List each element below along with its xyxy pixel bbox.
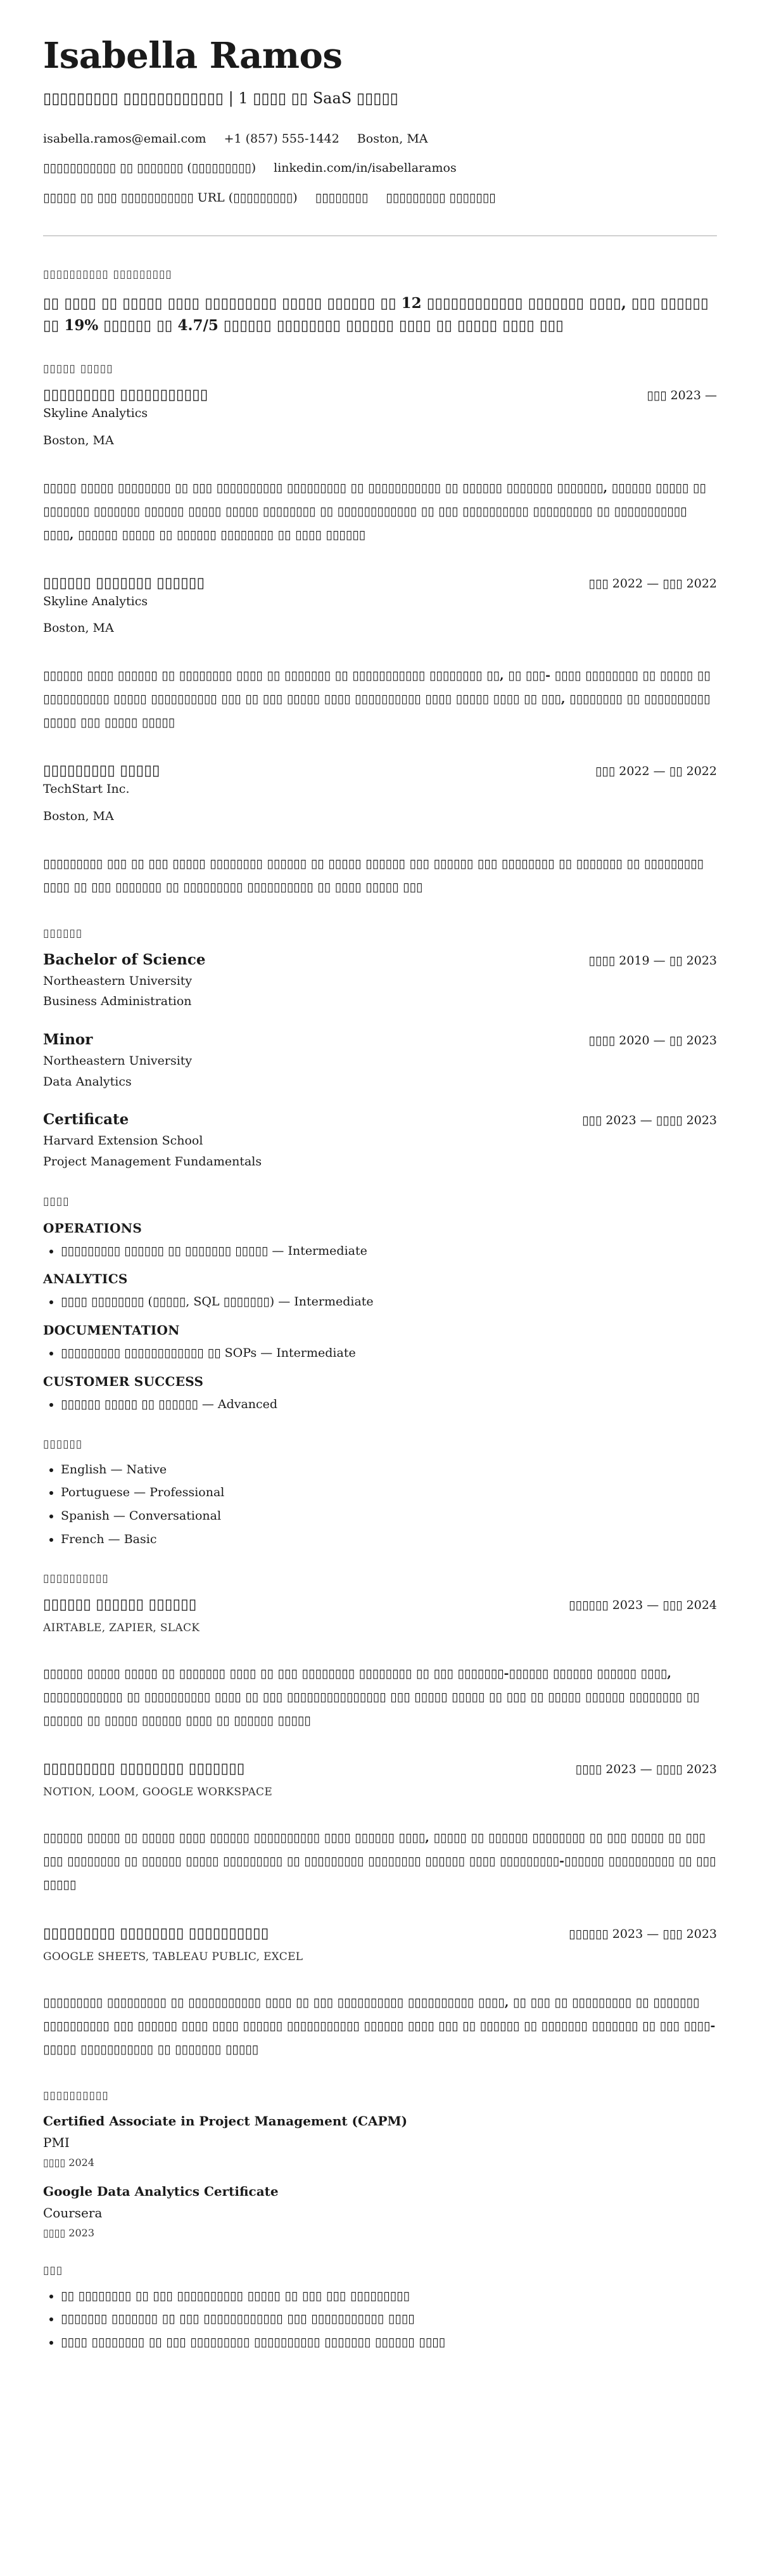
school-name: Northeastern University: [43, 973, 717, 989]
project-date: ▯▯▯▯ 2023 — ▯▯▯▯ 2023: [575, 1762, 717, 1776]
education-heading: ▯▯▯▯▯▯: [43, 927, 717, 940]
project-description: ▯▯▯▯▯▯▯▯▯ ▯▯▯▯▯▯▯▯▯ ▯▯ ▯▯▯▯▯▯▯▯▯▯▯ ▯▯▯▯ …: [43, 1991, 717, 2061]
certification-date: ▯▯▯▯ 2024: [43, 2156, 717, 2169]
contact-item: ▯▯▯▯▯▯▯▯▯▯▯ ▯▯ ▯▯▯▯▯▯▯ (▯▯▯▯▯▯▯▯▯): [43, 160, 256, 176]
project-description: ▯▯▯▯▯▯ ▯▯▯▯▯ ▯▯ ▯▯▯▯▯ ▯▯▯▯ ▯▯▯▯▯▯ ▯▯▯▯▯▯…: [43, 1826, 717, 1897]
project-date: ▯▯▯▯▯▯ 2023 — ▯▯▯ 2024: [569, 1598, 717, 1612]
skill-item: ▯▯▯▯▯▯▯▯▯ ▯▯▯▯▯▯▯▯▯▯▯▯ ▯▯ SOPs — Interme…: [61, 1345, 717, 1361]
job-company: Skyline Analytics: [43, 594, 717, 610]
skill-category: OPERATIONS: [43, 1221, 717, 1236]
projects-section: ▯▯▯▯▯▯▯▯▯▯ ▯▯▯▯▯▯ ▯▯▯▯▯▯ ▯▯▯▯▯▯ ▯▯▯▯▯▯ 2…: [43, 1572, 717, 2061]
experience-heading: ▯▯▯▯▯ ▯▯▯▯▯: [43, 362, 717, 375]
language-item: Portuguese — Professional: [61, 1485, 717, 1501]
certification-entry: Google Data Analytics Certificate Course…: [43, 2184, 717, 2239]
degree-title: Certificate: [43, 1111, 129, 1128]
language-item: Spanish — Conversational: [61, 1508, 717, 1524]
resume-header: Isabella Ramos ▯▯▯▯▯▯▯▯▯ ▯▯▯▯▯▯▯▯▯▯▯▯ | …: [43, 37, 717, 206]
certification-date: ▯▯▯▯ 2023: [43, 2227, 717, 2239]
degree-title: Bachelor of Science: [43, 951, 206, 968]
education-section: ▯▯▯▯▯▯ Bachelor of Science ▯▯▯▯ 2019 — ▯…: [43, 927, 717, 1170]
contact-line-2: ▯▯▯▯▯▯▯▯▯▯▯ ▯▯ ▯▯▯▯▯▯▯ (▯▯▯▯▯▯▯▯▯) linke…: [43, 160, 717, 176]
summary-text: ▯▯ ▯▯▯▯ ▯▯ ▯▯▯▯▯ ▯▯▯▯ ▯▯▯▯▯▯▯▯▯ ▯▯▯▯▯ ▯▯…: [43, 292, 717, 337]
certifications-heading: ▯▯▯▯▯▯▯▯▯▯: [43, 2089, 717, 2102]
project-title: ▯▯▯▯▯▯▯▯▯ ▯▯▯▯▯▯▯▯ ▯▯▯▯▯▯▯: [43, 1760, 244, 1777]
job-date: ▯▯▯ 2022 — ▯▯ 2022: [595, 764, 717, 778]
contact-item: ▯▯▯▯▯▯▯▯: [315, 190, 369, 206]
location-text: Boston, MA: [357, 131, 428, 147]
project-date: ▯▯▯▯▯▯ 2023 — ▯▯▯ 2023: [569, 1927, 717, 1941]
language-list: English — Native Portuguese — Profession…: [43, 1462, 717, 1548]
summary-heading: ▯▯▯▯▯▯▯▯▯▯ ▯▯▯▯▯▯▯▯▯: [43, 268, 717, 281]
skill-category: CUSTOMER SUCCESS: [43, 1374, 717, 1389]
certification-issuer: PMI: [43, 2135, 717, 2150]
education-date: ▯▯▯▯ 2019 — ▯▯ 2023: [588, 954, 717, 968]
experience-section: ▯▯▯▯▯ ▯▯▯▯▯ ▯▯▯▯▯▯▯▯▯ ▯▯▯▯▯▯▯▯▯▯▯ ▯▯▯ 20…: [43, 362, 717, 899]
skills-section: ▯▯▯▯ OPERATIONS ▯▯▯▯▯▯▯▯▯ ▯▯▯▯▯▯ ▯▯ ▯▯▯▯…: [43, 1195, 717, 1413]
project-tech: NOTION, LOOM, GOOGLE WORKSPACE: [43, 1786, 717, 1798]
school-name: Harvard Extension School: [43, 1133, 717, 1149]
project-entry: ▯▯▯▯▯▯ ▯▯▯▯▯▯ ▯▯▯▯▯▯ ▯▯▯▯▯▯ 2023 — ▯▯▯ 2…: [43, 1596, 717, 1733]
job-date: ▯▯▯ 2023 —: [647, 388, 717, 402]
project-description: ▯▯▯▯▯▯ ▯▯▯▯▯ ▯▯▯▯▯ ▯▯ ▯▯▯▯▯▯▯ ▯▯▯▯ ▯▯ ▯▯…: [43, 1662, 717, 1733]
field-of-study: Project Management Fundamentals: [43, 1154, 717, 1170]
field-of-study: Data Analytics: [43, 1074, 717, 1090]
job-location: Boston, MA: [43, 620, 717, 636]
interest-item: ▯▯▯▯▯▯▯ ▯▯▯▯▯▯▯ ▯▯ ▯▯▯ ▯▯▯▯▯▯▯▯▯▯▯▯ ▯▯▯ …: [61, 2311, 717, 2327]
headline: ▯▯▯▯▯▯▯▯▯ ▯▯▯▯▯▯▯▯▯▯▯▯ | 1 ▯▯▯▯ ▯▯ SaaS …: [43, 89, 717, 108]
language-item: French — Basic: [61, 1532, 717, 1548]
project-tech: AIRTABLE, ZAPIER, SLACK: [43, 1622, 717, 1634]
job-entry: ▯▯▯▯▯▯▯▯▯ ▯▯▯▯▯ ▯▯▯ 2022 — ▯▯ 2022 TechS…: [43, 762, 717, 899]
field-of-study: Business Administration: [43, 994, 717, 1009]
education-entry: Minor ▯▯▯▯ 2020 — ▯▯ 2023 Northeastern U…: [43, 1031, 717, 1089]
certifications-section: ▯▯▯▯▯▯▯▯▯▯ Certified Associate in Projec…: [43, 2089, 717, 2239]
education-date: ▯▯▯ 2023 — ▯▯▯▯ 2023: [582, 1113, 717, 1127]
certification-title: Certified Associate in Project Managemen…: [43, 2113, 717, 2129]
skill-list: ▯▯▯▯▯▯▯▯▯ ▯▯▯▯▯▯ ▯▯ ▯▯▯▯▯▯▯ ▯▯▯▯▯ — Inte…: [43, 1243, 717, 1259]
skill-list: ▯▯▯▯▯▯ ▯▯▯▯▯ ▯▯ ▯▯▯▯▯▯ — Advanced: [43, 1397, 717, 1413]
job-company: TechStart Inc.: [43, 781, 717, 797]
project-entry: ▯▯▯▯▯▯▯▯▯ ▯▯▯▯▯▯▯▯ ▯▯▯▯▯▯▯▯▯▯ ▯▯▯▯▯▯ 202…: [43, 1925, 717, 2061]
contact-line-3: ▯▯▯▯▯ ▯▯ ▯▯▯ ▯▯▯▯▯▯▯▯▯▯▯ URL (▯▯▯▯▯▯▯▯▯)…: [43, 190, 717, 206]
skill-item: ▯▯▯▯▯▯ ▯▯▯▯▯ ▯▯ ▯▯▯▯▯▯ — Advanced: [61, 1397, 717, 1413]
interest-item: ▯▯▯▯ ▯▯▯▯▯▯▯▯ ▯▯ ▯▯▯ ▯▯▯▯▯▯▯▯▯ ▯▯▯▯▯▯▯▯▯…: [61, 2335, 717, 2350]
interest-list: ▯▯ ▯▯▯▯▯▯▯▯ ▯▯ ▯▯▯ ▯▯▯▯▯▯▯▯▯▯ ▯▯▯▯▯ ▯▯ ▯…: [43, 2288, 717, 2350]
project-title: ▯▯▯▯▯▯ ▯▯▯▯▯▯ ▯▯▯▯▯▯: [43, 1596, 196, 1613]
contact-item: ▯▯▯▯▯ ▯▯ ▯▯▯ ▯▯▯▯▯▯▯▯▯▯▯ URL (▯▯▯▯▯▯▯▯▯): [43, 190, 298, 206]
language-item: English — Native: [61, 1462, 717, 1478]
interests-heading: ▯▯▯: [43, 2264, 717, 2277]
job-title: ▯▯▯▯▯▯▯▯▯ ▯▯▯▯▯▯▯▯▯▯▯: [43, 387, 208, 403]
project-title: ▯▯▯▯▯▯▯▯▯ ▯▯▯▯▯▯▯▯ ▯▯▯▯▯▯▯▯▯▯: [43, 1925, 269, 1942]
skill-category: ANALYTICS: [43, 1271, 717, 1286]
skill-list: ▯▯▯▯ ▯▯▯▯▯▯▯▯ (▯▯▯▯▯, SQL ▯▯▯▯▯▯▯) — Int…: [43, 1294, 717, 1310]
interest-item: ▯▯ ▯▯▯▯▯▯▯▯ ▯▯ ▯▯▯ ▯▯▯▯▯▯▯▯▯▯ ▯▯▯▯▯ ▯▯ ▯…: [61, 2288, 717, 2304]
skill-list: ▯▯▯▯▯▯▯▯▯ ▯▯▯▯▯▯▯▯▯▯▯▯ ▯▯ SOPs — Interme…: [43, 1345, 717, 1361]
phone-text: +1 (857) 555-1442: [224, 131, 339, 147]
education-entry: Bachelor of Science ▯▯▯▯ 2019 — ▯▯ 2023 …: [43, 951, 717, 1009]
candidate-name: Isabella Ramos: [43, 37, 717, 76]
education-date: ▯▯▯▯ 2020 — ▯▯ 2023: [588, 1034, 717, 1048]
email-link[interactable]: isabella.ramos@email.com: [43, 131, 206, 147]
projects-heading: ▯▯▯▯▯▯▯▯▯▯: [43, 1572, 717, 1585]
project-entry: ▯▯▯▯▯▯▯▯▯ ▯▯▯▯▯▯▯▯ ▯▯▯▯▯▯▯ ▯▯▯▯ 2023 — ▯…: [43, 1760, 717, 1897]
contact-item: ▯▯▯▯▯▯▯▯▯ ▯▯▯▯▯▯▯: [386, 190, 495, 206]
languages-section: ▯▯▯▯▯▯ English — Native Portuguese — Pro…: [43, 1438, 717, 1548]
linkedin-link[interactable]: linkedin.com/in/isabellaramos: [274, 160, 457, 176]
certification-entry: Certified Associate in Project Managemen…: [43, 2113, 717, 2169]
job-description: ▯▯▯▯▯▯ ▯▯▯▯ ▯▯▯▯▯▯ ▯▯ ▯▯▯▯▯▯▯▯ ▯▯▯▯ ▯▯ ▯…: [43, 664, 717, 734]
job-location: Boston, MA: [43, 809, 717, 824]
job-entry: ▯▯▯▯▯▯▯▯▯ ▯▯▯▯▯▯▯▯▯▯▯ ▯▯▯ 2023 — Skyline…: [43, 387, 717, 547]
job-description: ▯▯▯▯▯▯▯▯▯ ▯▯▯ ▯▯ ▯▯▯ ▯▯▯▯▯ ▯▯▯▯▯▯▯▯ ▯▯▯▯…: [43, 852, 717, 899]
contact-line-1: isabella.ramos@email.com +1 (857) 555-14…: [43, 131, 717, 147]
job-location: Boston, MA: [43, 433, 717, 449]
languages-heading: ▯▯▯▯▯▯: [43, 1438, 717, 1451]
summary-section: ▯▯▯▯▯▯▯▯▯▯ ▯▯▯▯▯▯▯▯▯ ▯▯ ▯▯▯▯ ▯▯ ▯▯▯▯▯ ▯▯…: [43, 268, 717, 337]
skills-heading: ▯▯▯▯: [43, 1195, 717, 1208]
job-company: Skyline Analytics: [43, 406, 717, 421]
header-divider: [43, 235, 717, 236]
job-title: ▯▯▯▯▯▯▯▯▯ ▯▯▯▯▯: [43, 762, 160, 779]
job-entry: ▯▯▯▯▯▯ ▯▯▯▯▯▯▯ ▯▯▯▯▯▯ ▯▯▯ 2022 — ▯▯▯ 202…: [43, 575, 717, 735]
education-entry: Certificate ▯▯▯ 2023 — ▯▯▯▯ 2023 Harvard…: [43, 1111, 717, 1169]
degree-title: Minor: [43, 1031, 92, 1048]
job-description: ▯▯▯▯▯ ▯▯▯▯▯ ▯▯▯▯▯▯▯▯ ▯▯ ▯▯▯ ▯▯▯▯▯▯▯▯▯▯ ▯…: [43, 477, 717, 547]
job-title: ▯▯▯▯▯▯ ▯▯▯▯▯▯▯ ▯▯▯▯▯▯: [43, 575, 205, 591]
interests-section: ▯▯▯ ▯▯ ▯▯▯▯▯▯▯▯ ▯▯ ▯▯▯ ▯▯▯▯▯▯▯▯▯▯ ▯▯▯▯▯ …: [43, 2264, 717, 2350]
school-name: Northeastern University: [43, 1053, 717, 1069]
skill-item: ▯▯▯▯▯▯▯▯▯ ▯▯▯▯▯▯ ▯▯ ▯▯▯▯▯▯▯ ▯▯▯▯▯ — Inte…: [61, 1243, 717, 1259]
skill-item: ▯▯▯▯ ▯▯▯▯▯▯▯▯ (▯▯▯▯▯, SQL ▯▯▯▯▯▯▯) — Int…: [61, 1294, 717, 1310]
resume-page: Isabella Ramos ▯▯▯▯▯▯▯▯▯ ▯▯▯▯▯▯▯▯▯▯▯▯ | …: [0, 0, 760, 2401]
job-date: ▯▯▯ 2022 — ▯▯▯ 2022: [588, 577, 717, 591]
certification-issuer: Coursera: [43, 2205, 717, 2220]
skill-category: DOCUMENTATION: [43, 1323, 717, 1338]
certification-title: Google Data Analytics Certificate: [43, 2184, 717, 2199]
project-tech: GOOGLE SHEETS, TABLEAU PUBLIC, EXCEL: [43, 1951, 717, 1963]
